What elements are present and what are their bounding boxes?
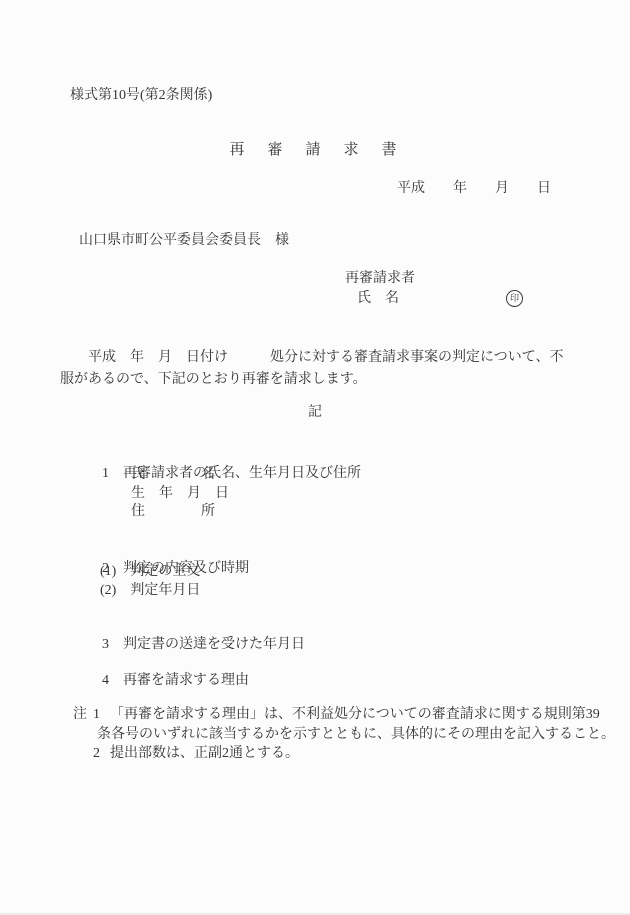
note-2-line-1: 提出部数は、正副2通とする。 — [110, 745, 299, 763]
petitioner-name-label: 氏 名 — [357, 290, 399, 308]
petitioner-label: 再審請求者 — [345, 270, 415, 288]
note-label: 注 — [73, 706, 87, 724]
document-title: 再 審 請 求 書 — [0, 141, 630, 161]
item-4-number: 4 — [102, 673, 109, 688]
record-marker: 記 — [0, 404, 630, 422]
note-1-number: 1 — [93, 706, 100, 724]
item-1-sub-birthdate: 生 年 月 日 — [131, 485, 229, 503]
addressee-line: 山口県市町公平委員会委員長 様 — [79, 232, 289, 250]
item-2-sub-2: (2) 判定年月日 — [100, 582, 200, 600]
item-3-text: 判定書の送達を受けた年月日 — [123, 637, 305, 652]
body-paragraph-line-1: 平成 年 月 日付け 処分に対する審査請求事案の判定について、不 — [88, 349, 563, 367]
item-1-sub-address: 住 所 — [131, 503, 215, 521]
note-2-number: 2 — [93, 745, 100, 763]
body-paragraph-line-2: 服があるので、下記のとおり再審を請求します。 — [60, 371, 367, 389]
date-line: 平成 年 月 日 — [397, 180, 551, 198]
note-1-line-2: 条各号のいずれに該当するかを示すとともに、具体的にその理由を記入すること。 — [97, 726, 615, 744]
item-1-number: 1 — [102, 466, 109, 481]
item-1-sub-name: 氏 名 — [131, 466, 215, 484]
item-3-number: 3 — [102, 637, 109, 652]
seal-character: 印 — [510, 294, 519, 303]
list-item-4: 4再審を請求する理由 — [88, 654, 249, 709]
note-1-line-1: 「再審を請求する理由」は、不利益処分についての審査請求に関する規則第39 — [110, 706, 600, 724]
form-number: 様式第10号(第2条関係) — [70, 87, 212, 105]
seal-mark-icon: 印 — [506, 290, 523, 307]
item-2-sub-1: (1) 判定の主文 — [100, 563, 200, 581]
document-page: 様式第10号(第2条関係) 再 審 請 求 書 平成 年 月 日 山口県市町公平… — [0, 0, 630, 915]
item-4-text: 再審を請求する理由 — [123, 673, 249, 688]
